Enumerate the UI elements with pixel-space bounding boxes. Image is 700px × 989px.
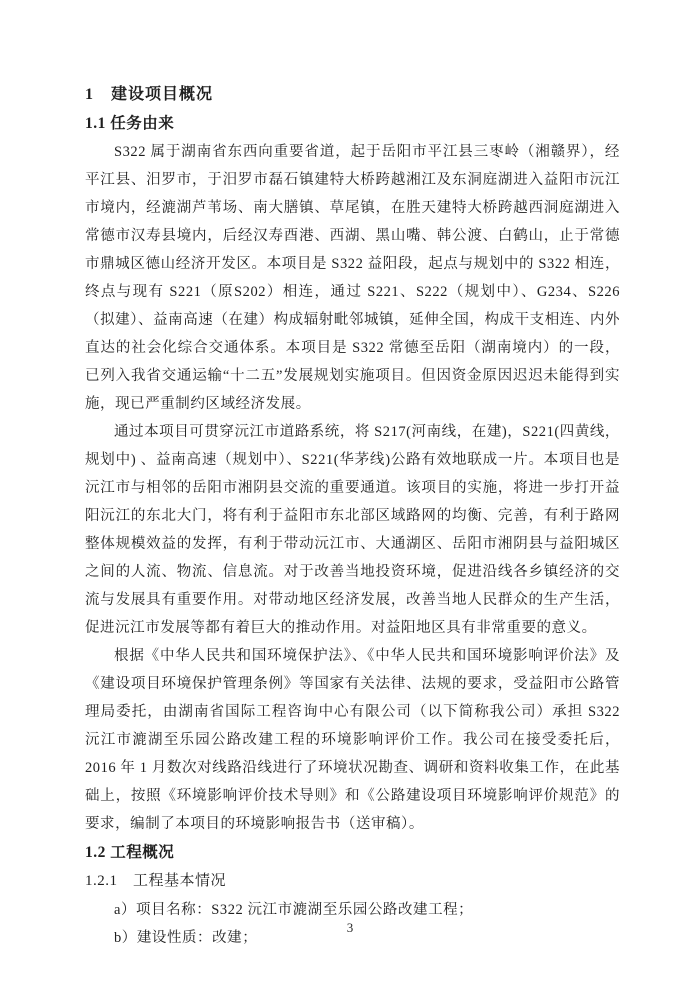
section-heading-1-1: 1.1 任务由来 (85, 109, 620, 138)
section-heading-1-2: 1.2 工程概况 (85, 838, 620, 867)
chapter-heading: 1 建设项目概况 (85, 80, 620, 109)
paragraph-task-origin-2: 通过本项目可贯穿沅江市道路系统，将 S217(河南线，在建)，S221(四黄线，… (85, 418, 620, 642)
paragraph-task-origin-3: 根据《中华人民共和国环境保护法》、《中华人民共和国环境影响评价法》及《建设项目环… (85, 642, 620, 838)
document-content: 1 建设项目概况 1.1 任务由来 S322 属于湖南省东西向重要省道，起于岳阳… (85, 80, 620, 952)
paragraph-task-origin-1: S322 属于湖南省东西向重要省道，起于岳阳市平江县三枣岭（湘赣界），经平江县、… (85, 138, 620, 418)
subsection-heading-1-2-1: 1.2.1 工程基本情况 (85, 867, 620, 896)
page-number: 3 (0, 920, 700, 936)
document-page: 1 建设项目概况 1.1 任务由来 S322 属于湖南省东西向重要省道，起于岳阳… (0, 0, 700, 989)
